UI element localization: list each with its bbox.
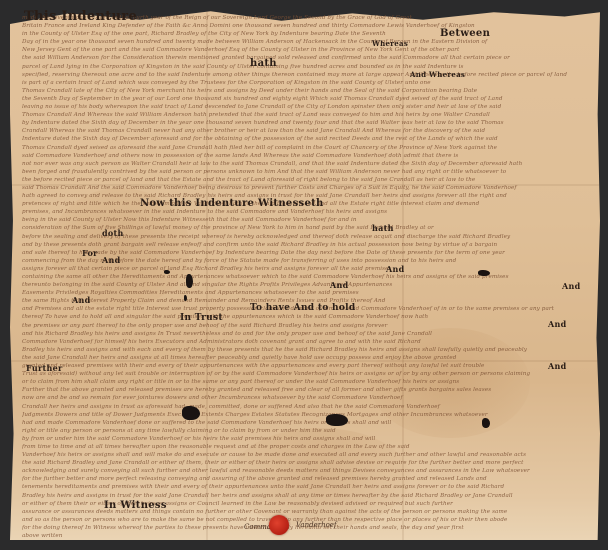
heading-between: Between [440,28,490,39]
document-line: Thomas Crandall dyed seised as aforesaid… [22,144,598,152]
heading-in-trust: In Trust [180,313,223,323]
document-line: Commadore Vanderhoef for himself his hei… [22,338,598,346]
document-line: Day of in the year one thousand seven hu… [22,38,598,46]
heading-now-this-indenture: Now this Indenture Witnesseth [140,198,324,209]
document-line: Judgments Dowers and title of Dower Judg… [22,411,598,419]
document-line: Thomas Crandall late of the City of New … [22,87,598,95]
ink-blot [482,418,490,428]
indenture-body: made the seventh day of April in the fou… [22,14,598,494]
heading-and: And [330,280,349,290]
ink-blot [184,295,187,301]
document-line: containing the same all other the Heredi… [22,273,598,281]
document-line: had and made Commadore Vanderhoef done o… [22,419,598,427]
document-line: or to claim from him shall claim any rig… [22,378,598,386]
document-line: leaving no issue of his body whereupon t… [22,103,598,111]
document-line: the said Richard Bradley and Jane Cranda… [22,459,598,467]
document-line: said Commadore Vanderhoef and others now… [22,152,598,160]
document-line: by from or under him the said Commadore … [22,435,598,443]
document-line: premises, and Incumbrances whatsoever in… [22,208,598,216]
heading-hath-2: hath [372,223,394,233]
document-line: Crandall her heirs and assigns in trust … [22,403,598,411]
document-line: in the County of Ulster Esq of the one p… [22,30,598,38]
document-line: the before recited piece or parcel of la… [22,176,598,184]
heading-further: Further [26,363,63,373]
document-line: parcel of Land lying in the Corporation … [22,63,598,71]
document-line: Bradley his heirs and assigns and with e… [22,346,598,354]
document-line: granted and released premises with their… [22,362,598,370]
heading-and: And [562,281,581,291]
heading-whereas: Whereas [372,39,408,48]
document-line: the said Jane Crandall her heirs and ass… [22,354,598,362]
heading-in-witness: In Witness [104,500,167,511]
document-line: tenements hereditaments and premises wit… [22,483,598,491]
document-line: assigns forever all that certain piece o… [22,265,598,273]
heading-and: And [548,361,567,371]
ink-blot [186,274,193,288]
signature-right: Vanderhoef [296,521,337,529]
document-line: Further that the above granted and relea… [22,386,598,394]
document-line: Thomas Crandall And Whereas the said Wil… [22,111,598,119]
document-line: New Jersey Gent of the one part and the … [22,46,598,54]
heading-for: For [82,248,98,258]
document-line: Trust as aforesaid) without any let suit… [22,370,598,378]
heading-to-have-and-to-hold: To have And to hold [250,303,355,313]
heading-and: And [386,264,405,274]
document-line: the said William Anderson for the Consid… [22,54,598,62]
document-line: Bradley his heirs and assigns in trust f… [22,492,598,500]
document-line: thereof To have and to hold all and sing… [22,313,598,321]
document-line: and by these presents doth grant bargain… [22,241,598,249]
heading-and: And [548,319,567,329]
document-line: above written [22,532,598,540]
document-line: specified, reserving thereout one acre a… [22,71,598,79]
ink-blot [326,414,348,426]
wax-seal [269,515,289,535]
heading-doth: doth [102,228,124,238]
heading-and-whereas: And Whereas [410,70,465,79]
heading-hath: hath [250,58,277,69]
document-line: is part of a certain tract of Land which… [22,79,598,87]
document-line: by Indenture dated the Sixth day of Dece… [22,119,598,127]
document-line: been forged and fraudulently contrived b… [22,168,598,176]
document-line: Indenture dated the Sixth day of Decembe… [22,135,598,143]
document-line: from time to time and at all times herea… [22,443,598,451]
ink-blot [478,270,490,276]
document-line: for the further better and more perfect … [22,475,598,483]
heading-and: And [72,295,91,305]
document-line: Crandall Whereas the said Thomas Crandal… [22,127,598,135]
document-line: now are and be and so remain for ever jo… [22,394,598,402]
document-line: acknowledging and surely conveying all s… [22,467,598,475]
document-line: the Seventh Day of September in the year… [22,95,598,103]
ink-blot [182,406,200,420]
ink-blot [164,270,170,274]
heading-and: And [102,255,121,265]
document-line: right or title any person or persons at … [22,427,598,435]
document-line: thereunto belonging in the said County o… [22,281,598,289]
heading-this-indenture: This Indenture [24,9,137,24]
document-line: Vanderhoef his heirs or assigns shall an… [22,451,598,459]
document-line: being in the said County of Ulster Now t… [22,216,598,224]
document-line: and his Richard Bradley his heirs and as… [22,330,598,338]
document-line: Easements Priviledges Royalties Commodit… [22,289,598,297]
document-line: said Thomas Crandall And the said Commad… [22,184,598,192]
document-line: the premises or any part thereof to the … [22,322,598,330]
document-line: not nor ever was any such person as Walt… [22,160,598,168]
